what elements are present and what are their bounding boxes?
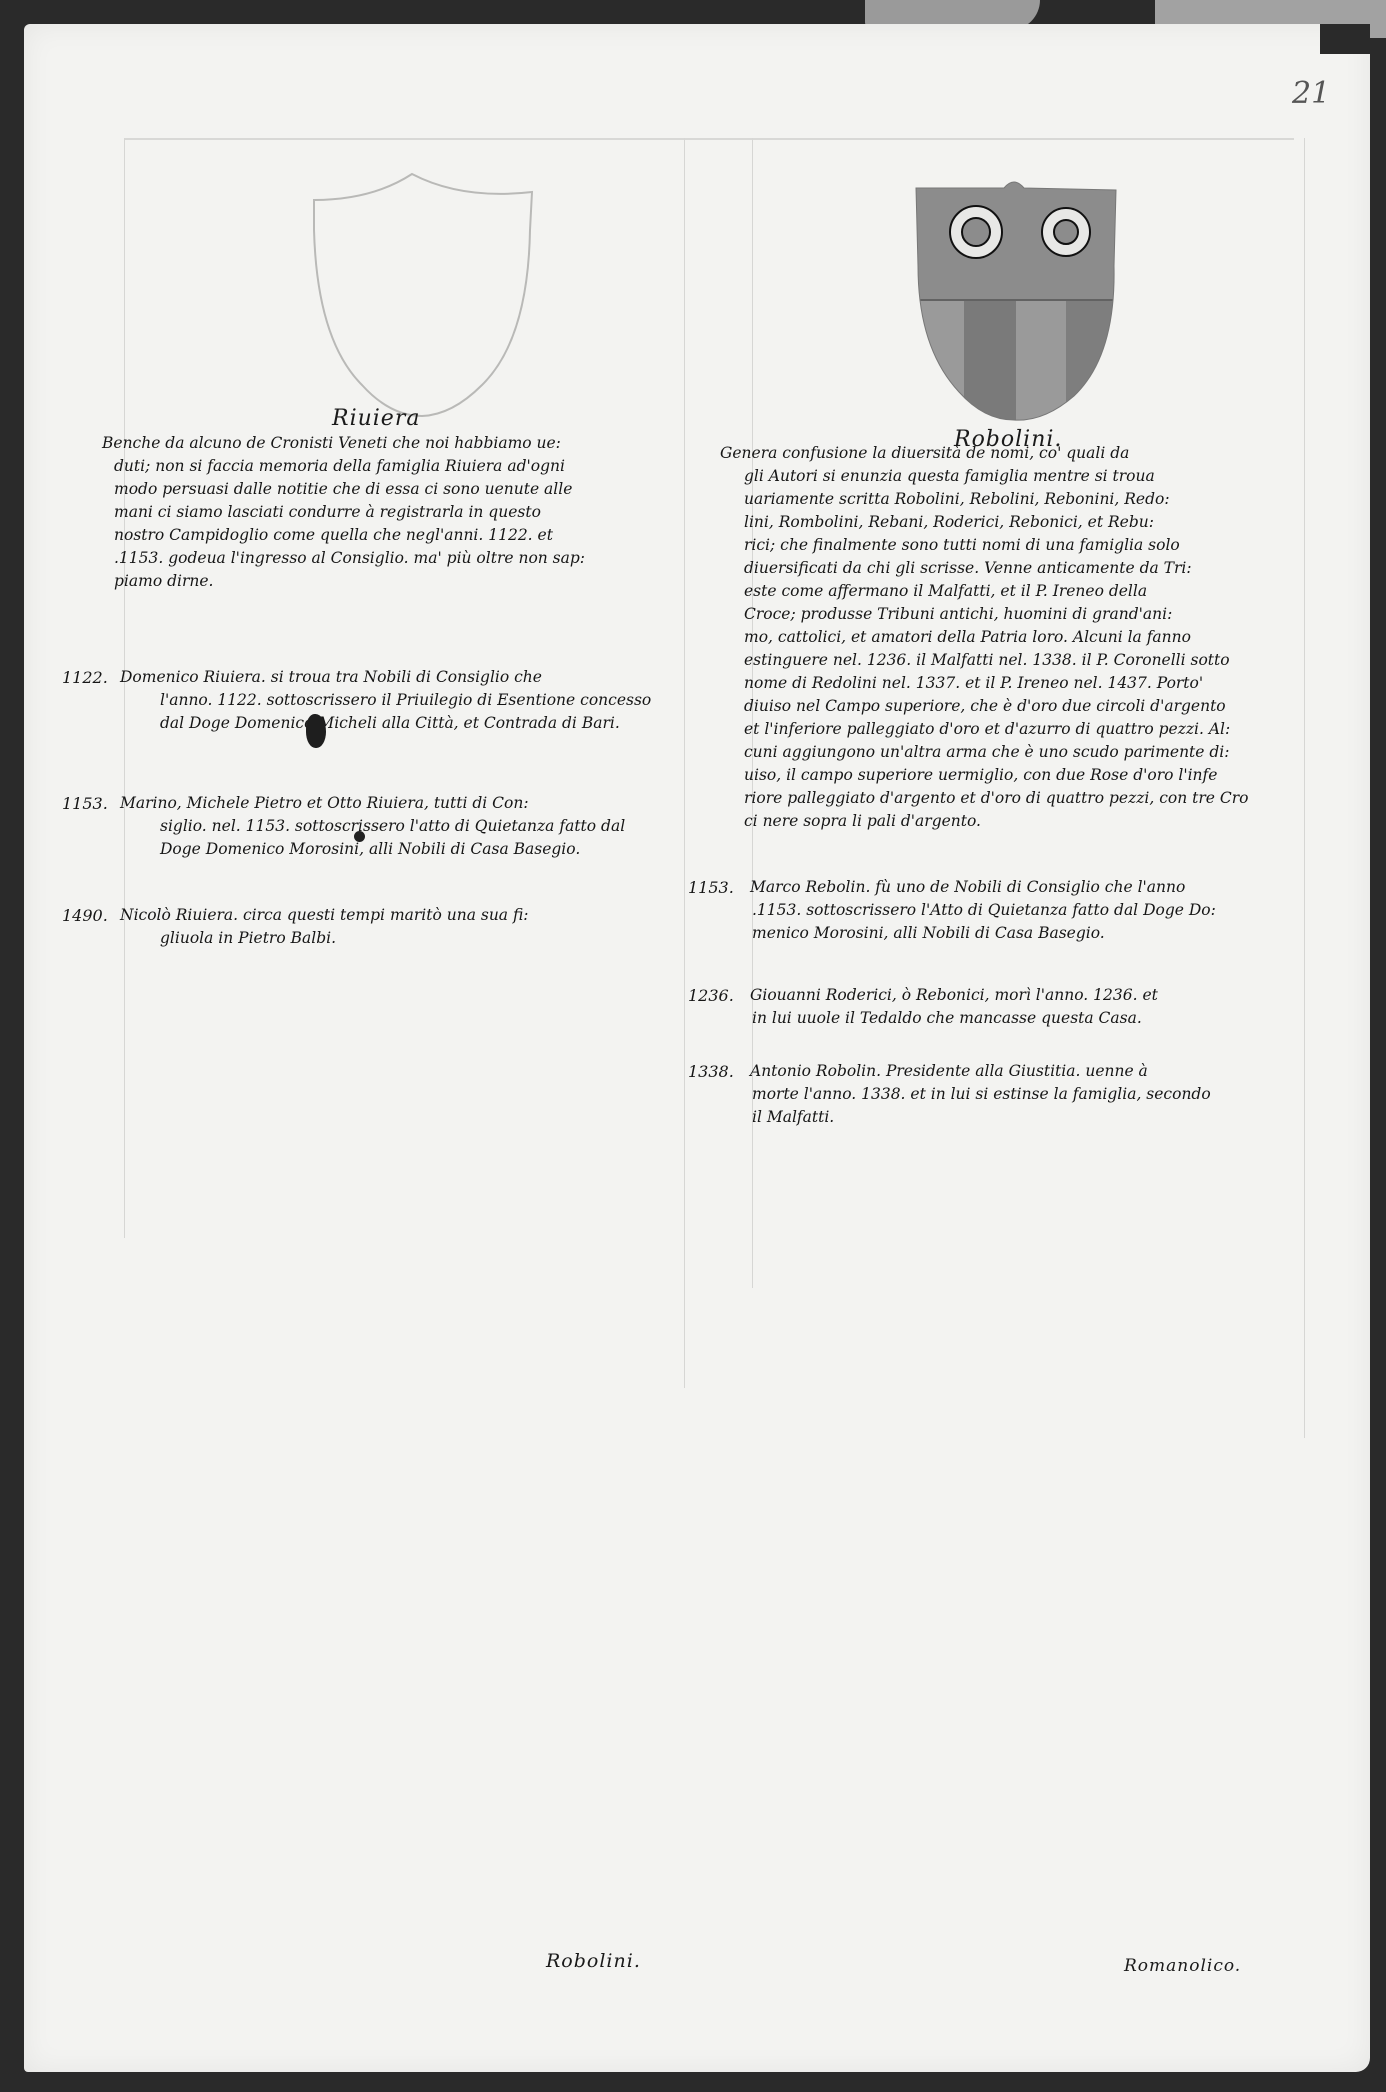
robolini-coat-of-arms-icon <box>904 176 1134 426</box>
blank-shield-icon <box>292 170 562 430</box>
entry-1153-marco: 1153. Marco Rebolin. fù uno de Nobili di… <box>688 876 1318 956</box>
text-line: ci nere sopra li pali d'argento. <box>720 810 1320 833</box>
text-line: morte l'anno. 1338. et in lui si estinse… <box>750 1083 1211 1106</box>
entry-1122-domenico: 1122. Domenico Riuiera. si troua tra Nob… <box>62 666 682 746</box>
text-line: nostro Campidoglio come quella che negl'… <box>102 524 682 547</box>
entry-year: 1236. <box>688 984 734 1007</box>
entry-year: 1153. <box>688 876 734 899</box>
text-line: rici; che finalmente sono tutti nomi di … <box>720 534 1320 557</box>
text-line: modo persuasi dalle notitie che di essa … <box>102 478 682 501</box>
entry-year: 1338. <box>688 1060 734 1083</box>
text-line: uariamente scritta Robolini, Rebolini, R… <box>720 488 1320 511</box>
text-line: et l'inferiore palleggiato d'oro et d'az… <box>720 718 1320 741</box>
entry-year: 1122. <box>62 666 108 689</box>
entry-year: 1490. <box>62 904 108 927</box>
ink-blot <box>306 714 326 748</box>
entry-1153-marino: 1153. Marino, Michele Pietro et Otto Riu… <box>62 792 682 872</box>
text-line: menico Morosini, alli Nobili di Casa Bas… <box>750 922 1216 945</box>
robolini-intro-text: Genera confusione la diuersità de nomi, … <box>720 442 1320 833</box>
catchword-left: Robolini. <box>546 1950 641 1972</box>
text-line: diuiso nel Campo superiore, che è d'oro … <box>720 695 1320 718</box>
text-line: Genera confusione la diuersità de nomi, … <box>720 442 1320 465</box>
text-line: piamo dirne. <box>102 570 682 593</box>
text-line: duti; non si faccia memoria della famigl… <box>102 455 682 478</box>
text-line: nome di Redolini nel. 1337. et il P. Ire… <box>720 672 1320 695</box>
text-line: Antonio Robolin. Presidente alla Giustit… <box>750 1060 1211 1083</box>
text-line: Marco Rebolin. fù uno de Nobili di Consi… <box>750 876 1216 899</box>
text-line: riore palleggiato d'argento et d'oro di … <box>720 787 1320 810</box>
entry-year: 1153. <box>62 792 108 815</box>
text-line: uiso, il campo superiore uermiglio, con … <box>720 764 1320 787</box>
text-line: mo, cattolici, et amatori della Patria l… <box>720 626 1320 649</box>
text-line: este come affermano il Malfatti, et il P… <box>720 580 1320 603</box>
family-name-riuiera: Riuiera <box>332 406 420 431</box>
text-line: cuni aggiungono un'altra arma che è uno … <box>720 741 1320 764</box>
ink-spot <box>354 831 365 842</box>
text-line: in lui uuole il Tedaldo che mancasse que… <box>750 1007 1158 1030</box>
text-line: Benche da alcuno de Cronisti Veneti che … <box>102 432 682 455</box>
entry-1490-nicolo: 1490. Nicolò Riuiera. circa questi tempi… <box>62 904 682 964</box>
entry-1338-antonio: 1338. Antonio Robolin. Presidente alla G… <box>688 1060 1318 1140</box>
riuiera-intro-text: Benche da alcuno de Cronisti Veneti che … <box>102 432 682 593</box>
text-line: gliuola in Pietro Balbi. <box>120 927 529 950</box>
catchword-right: Romanolico. <box>1124 1956 1241 1976</box>
manuscript-page: 21 Riuiera Benche da alcuno de Cronisti … <box>24 24 1370 2072</box>
text-line: .1153. godeua l'ingresso al Consiglio. m… <box>102 547 682 570</box>
text-line: .1153. sottoscrissero l'Atto di Quietanz… <box>750 899 1216 922</box>
text-line: mani ci siamo lasciati condurre à regist… <box>102 501 682 524</box>
text-line: Marino, Michele Pietro et Otto Riuiera, … <box>120 792 625 815</box>
text-line: Giouanni Roderici, ò Rebonici, morì l'an… <box>750 984 1158 1007</box>
text-line: Nicolò Riuiera. circa questi tempi marit… <box>120 904 529 927</box>
text-line: Doge Domenico Morosini, alli Nobili di C… <box>120 838 625 861</box>
ruled-line-column-divider <box>684 138 685 1388</box>
text-line: Domenico Riuiera. si troua tra Nobili di… <box>120 666 651 689</box>
text-line: gli Autori si enunzia questa famiglia me… <box>720 465 1320 488</box>
text-line: dal Doge Domenico Micheli alla Città, et… <box>120 712 651 735</box>
text-line: lini, Rombolini, Rebani, Roderici, Rebon… <box>720 511 1320 534</box>
ruled-line-horizontal <box>124 138 1294 140</box>
text-line: siglio. nel. 1153. sottoscrissero l'atto… <box>120 815 625 838</box>
text-line: Croce; produsse Tribuni antichi, huomini… <box>720 603 1320 626</box>
entry-1236-giouanni: 1236. Giouanni Roderici, ò Rebonici, mor… <box>688 984 1318 1044</box>
text-line: diuersificati da chi gli scrisse. Venne … <box>720 557 1320 580</box>
text-line: il Malfatti. <box>750 1106 1211 1129</box>
text-line: l'anno. 1122. sottoscrissero il Priuileg… <box>120 689 651 712</box>
folio-number: 21 <box>1292 76 1330 111</box>
text-line: estinguere nel. 1236. il Malfatti nel. 1… <box>720 649 1320 672</box>
